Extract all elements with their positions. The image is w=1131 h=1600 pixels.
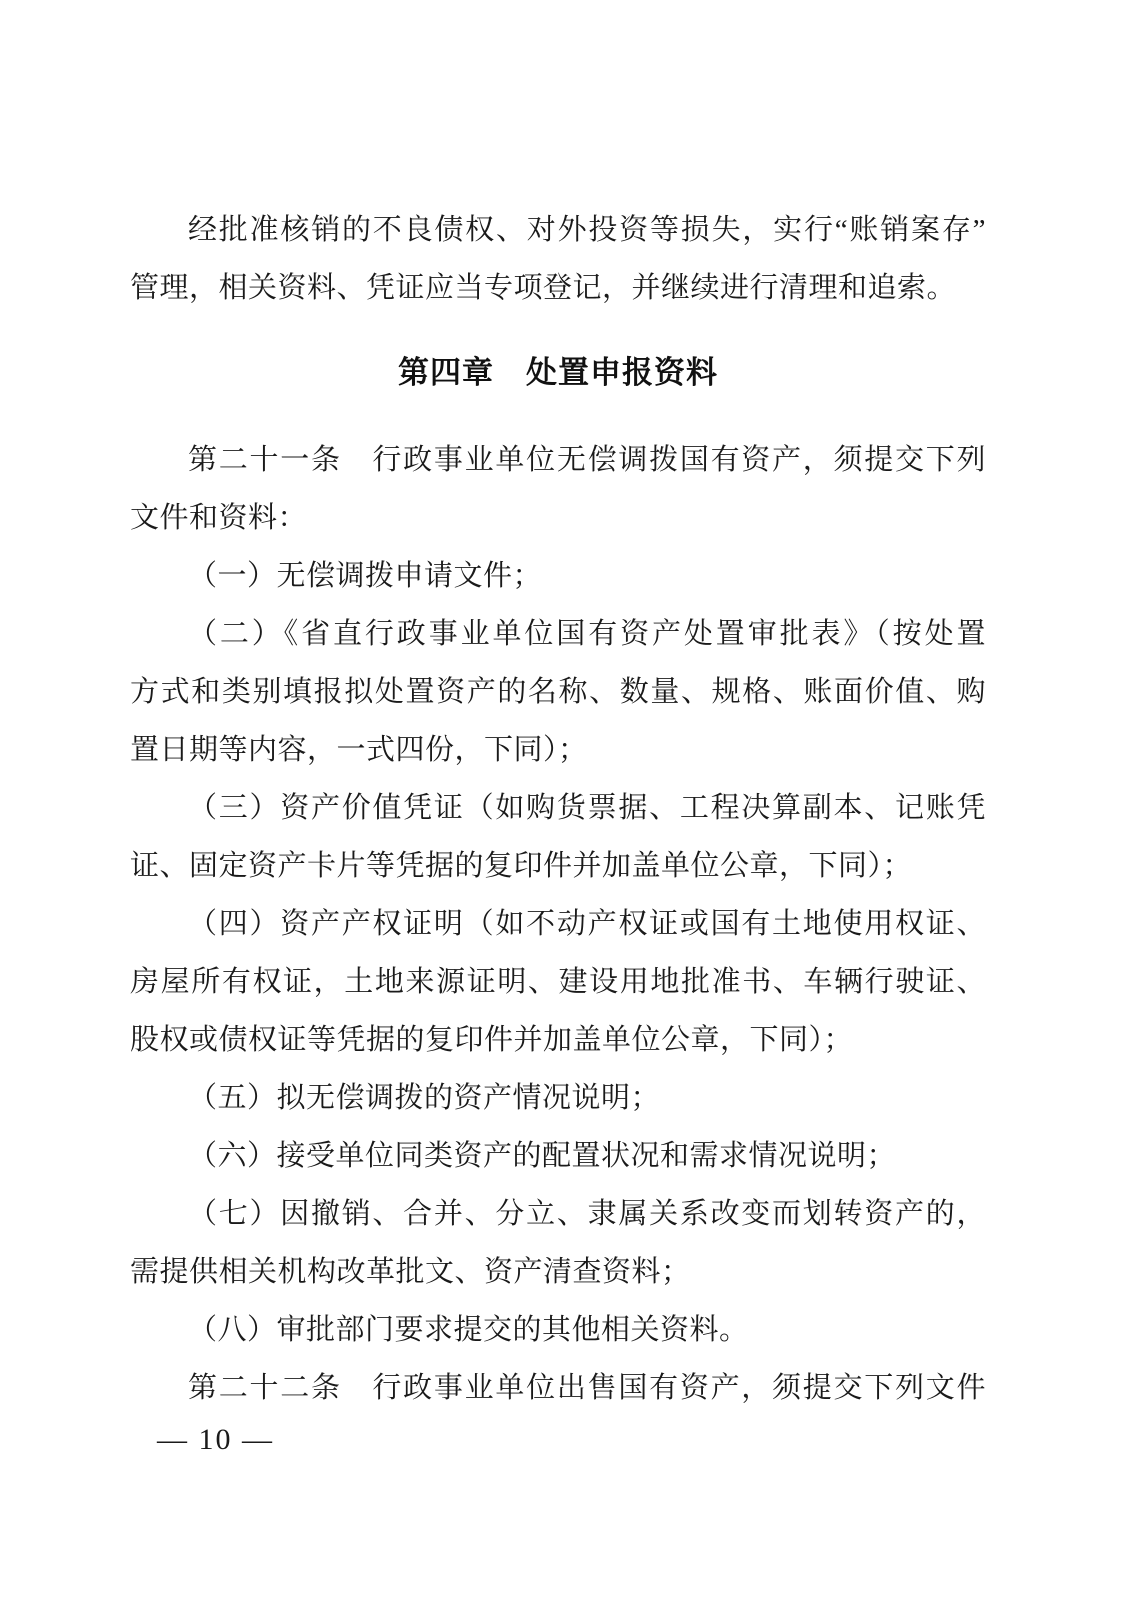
text-line: （三）资产价值凭证（如购货票据、工程决算副本、记账凭 xyxy=(130,779,986,837)
text-line: 第二十一条 行政事业单位无偿调拨国有资产，须提交下列 xyxy=(130,431,986,489)
list-item-4: （四）资产产权证明（如不动产权证或国有土地使用权证、 房屋所有权证，土地来源证明… xyxy=(130,895,986,1069)
text-line: （五）拟无偿调拨的资产情况说明； xyxy=(130,1069,986,1127)
text-line: （二）《省直行政事业单位国有资产处置审批表》（按处置 xyxy=(130,605,986,663)
list-item-6: （六）接受单位同类资产的配置状况和需求情况说明； xyxy=(130,1127,986,1185)
text-line: （七）因撤销、合并、分立、隶属关系改变而划转资产的， xyxy=(130,1185,986,1243)
text-line: 经批准核销的不良债权、对外投资等损失，实行“账销案存” xyxy=(130,201,986,259)
list-item-5: （五）拟无偿调拨的资产情况说明； xyxy=(130,1069,986,1127)
text-line: （四）资产产权证明（如不动产权证或国有土地使用权证、 xyxy=(130,895,986,953)
article-21-paragraph: 第二十一条 行政事业单位无偿调拨国有资产，须提交下列 文件和资料： xyxy=(130,431,986,547)
text-line: （八）审批部门要求提交的其他相关资料。 xyxy=(130,1301,986,1359)
text-line: 文件和资料： xyxy=(130,489,986,547)
text-line: 股权或债权证等凭据的复印件并加盖单位公章，下同）； xyxy=(130,1011,986,1069)
list-item-1: （一）无偿调拨申请文件； xyxy=(130,547,986,605)
list-item-7: （七）因撤销、合并、分立、隶属关系改变而划转资产的， 需提供相关机构改革批文、资… xyxy=(130,1185,986,1301)
text-line: 证、固定资产卡片等凭据的复印件并加盖单位公章，下同）； xyxy=(130,837,986,895)
text-line: （六）接受单位同类资产的配置状况和需求情况说明； xyxy=(130,1127,986,1185)
text-line: 管理，相关资料、凭证应当专项登记，并继续进行清理和追索。 xyxy=(130,259,986,317)
closing-paragraph: 经批准核销的不良债权、对外投资等损失，实行“账销案存” 管理，相关资料、凭证应当… xyxy=(130,201,986,317)
list-item-2: （二）《省直行政事业单位国有资产处置审批表》（按处置 方式和类别填报拟处置资产的… xyxy=(130,605,986,779)
text-line: 房屋所有权证，土地来源证明、建设用地批准书、车辆行驶证、 xyxy=(130,953,986,1011)
text-line: （一）无偿调拨申请文件； xyxy=(130,547,986,605)
list-item-3: （三）资产价值凭证（如购货票据、工程决算副本、记账凭 证、固定资产卡片等凭据的复… xyxy=(130,779,986,895)
document-body: 经批准核销的不良债权、对外投资等损失，实行“账销案存” 管理，相关资料、凭证应当… xyxy=(130,201,986,1417)
text-line: 方式和类别填报拟处置资产的名称、数量、规格、账面价值、购 xyxy=(130,663,986,721)
text-line: 第二十二条 行政事业单位出售国有资产，须提交下列文件 xyxy=(130,1359,986,1417)
text-line: 需提供相关机构改革批文、资产清查资料； xyxy=(130,1243,986,1301)
text-line: 置日期等内容，一式四份，下同）； xyxy=(130,721,986,779)
chapter-heading: 第四章 处置申报资料 xyxy=(130,344,986,402)
article-22-paragraph: 第二十二条 行政事业单位出售国有资产，须提交下列文件 xyxy=(130,1359,986,1417)
page-number: — 10 — xyxy=(157,1421,274,1459)
document-page: 经批准核销的不良债权、对外投资等损失，实行“账销案存” 管理，相关资料、凭证应当… xyxy=(0,0,1131,1600)
list-item-8: （八）审批部门要求提交的其他相关资料。 xyxy=(130,1301,986,1359)
